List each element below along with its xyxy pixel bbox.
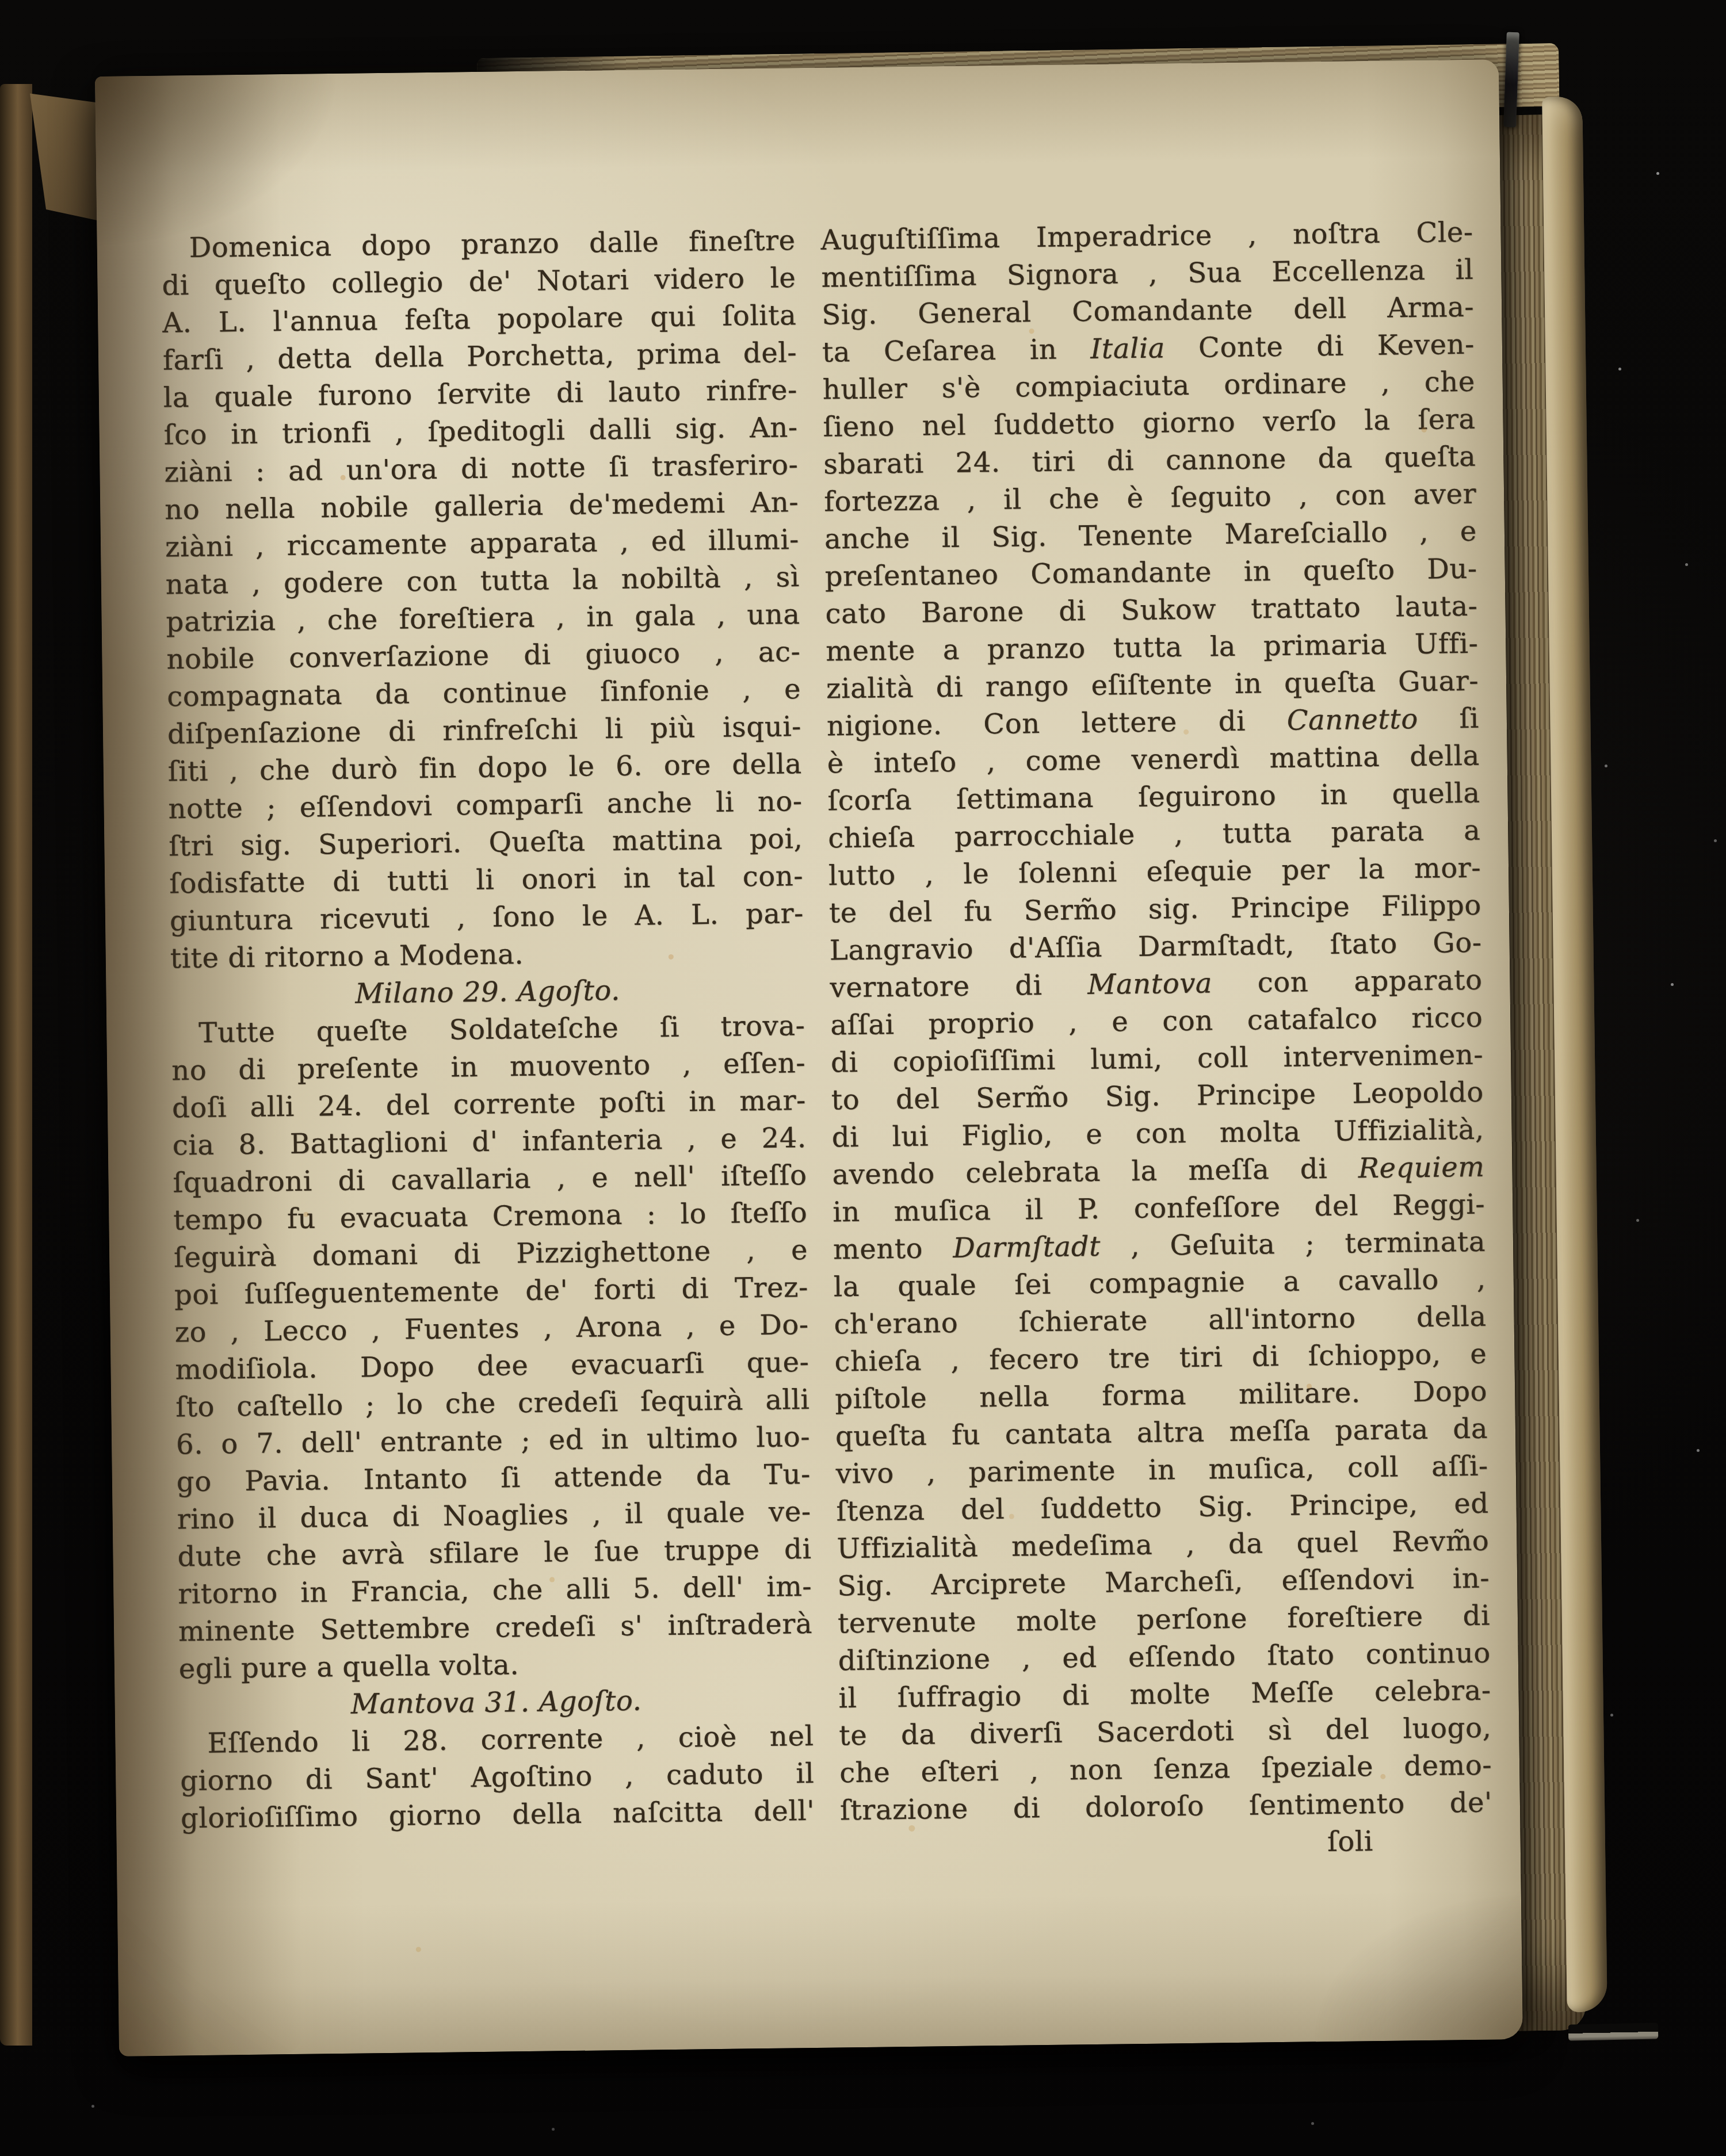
book-scan: { "document": { "language": "Italian", "… bbox=[0, 0, 1726, 2156]
text-line: ſtrazione di doloroſo ſentimento de' bbox=[840, 1784, 1493, 1830]
scanned-page: Domenica dopo pranzo dalle fineſtredi qu… bbox=[95, 59, 1523, 2056]
text-line: glorioſiſſimo giorno della naſcitta dell… bbox=[181, 1792, 815, 1837]
dust-specks bbox=[0, 0, 2, 2]
text-line: giuntura ricevuti , ſono le A. L. par- bbox=[170, 895, 804, 940]
text-line: minente Settembre credeſi s' inſtraderà bbox=[178, 1605, 813, 1650]
text-column-right: Auguſtiſſima Imperadrice , noſtra Cle-me… bbox=[820, 214, 1493, 1867]
text-column-left: Domenica dopo pranzo dalle fineſtredi qu… bbox=[161, 222, 815, 1837]
catchword: ſoli bbox=[840, 1822, 1493, 1867]
cradle-slot bbox=[1568, 2023, 1659, 2040]
book-spine-edge bbox=[0, 84, 32, 2046]
